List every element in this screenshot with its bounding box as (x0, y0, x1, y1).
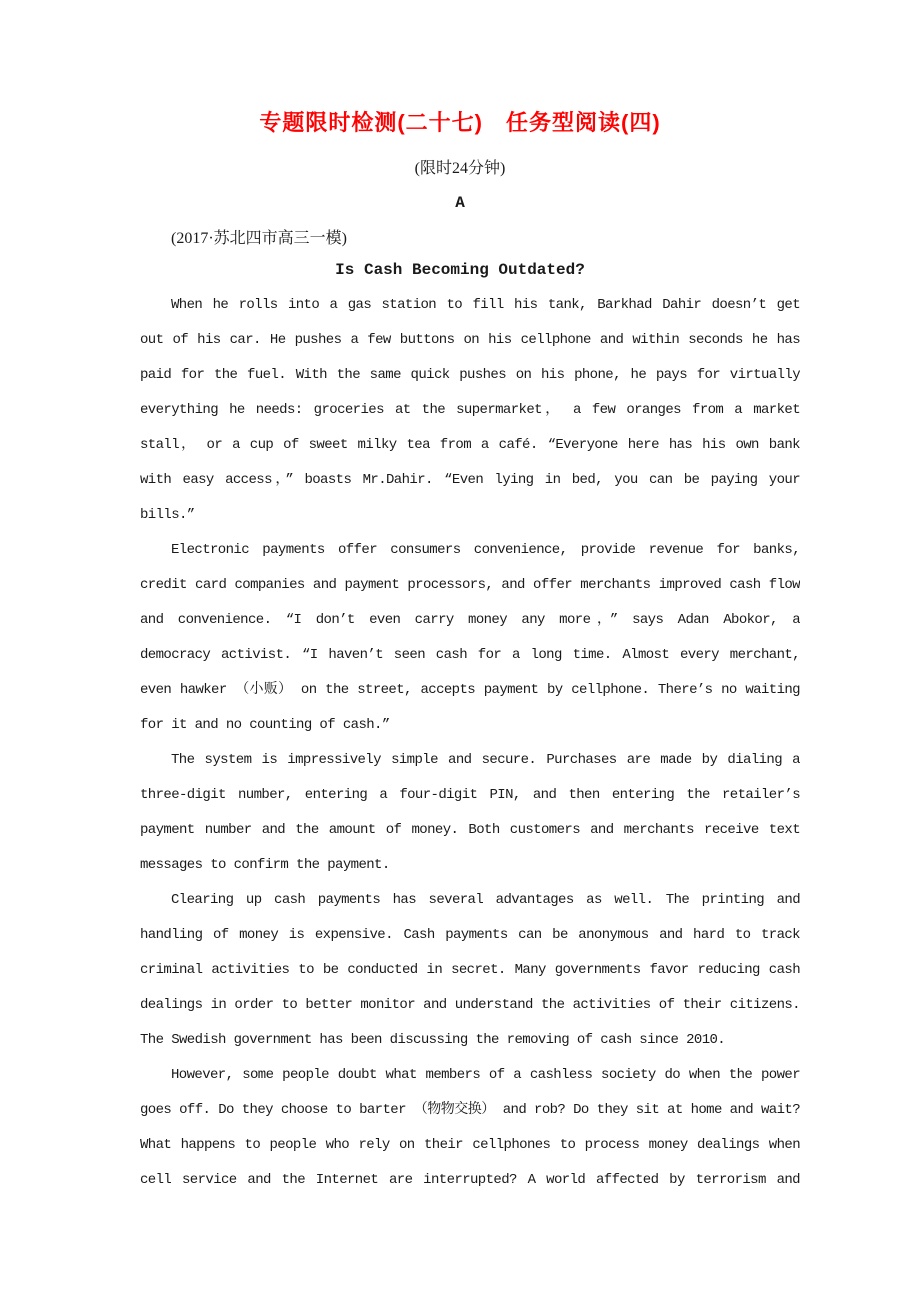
passage-paragraph-5-line: cell service and the Internet are interr… (140, 1163, 800, 1198)
passage-paragraph-4-line: dealings in order to better monitor and … (140, 988, 800, 1023)
time-limit-note: (限时24分钟) (0, 155, 920, 178)
passage-paragraph-2-line: even hawker （小贩） on the street, accepts … (140, 673, 800, 708)
passage-paragraph-4-line: Clearing up cash payments has several ad… (140, 883, 800, 918)
passage-paragraph-3-line: three-digit number, entering a four-digi… (140, 778, 800, 813)
source-line: (2017·苏北四市高三一模) (140, 225, 920, 248)
passage-paragraph-5-line: goes off. Do they choose to barter （物物交换… (140, 1093, 800, 1128)
passage-paragraph-1-line: paid for the fuel. With the same quick p… (140, 358, 800, 393)
passage-paragraph-4-line: The Swedish government has been discussi… (140, 1023, 800, 1058)
passage-paragraph-1-line: with easy access，” boasts Mr.Dahir. “Eve… (140, 463, 800, 498)
document-page: 专题限时检测(二十七) 任务型阅读(四) (限时24分钟) A (2017·苏北… (0, 0, 920, 1302)
passage-paragraph-2-line: democracy activist. “I haven’t seen cash… (140, 638, 800, 673)
passage-paragraph-3-line: The system is impressively simple and se… (140, 743, 800, 778)
passage-title: Is Cash Becoming Outdated? (0, 261, 920, 279)
passage-paragraph-1-line: everything he needs: groceries at the su… (140, 393, 800, 428)
passage-paragraph-5-line: What happens to people who rely on their… (140, 1128, 800, 1163)
section-label: A (0, 194, 920, 212)
passage-paragraph-5-line: However, some people doubt what members … (140, 1058, 800, 1093)
passage-paragraph-3-line: messages to confirm the payment. (140, 848, 800, 883)
passage-paragraph-1-line: out of his car. He pushes a few buttons … (140, 323, 800, 358)
passage-paragraph-1-line: When he rolls into a gas station to fill… (140, 288, 800, 323)
passage-paragraph-2-line: Electronic payments offer consumers conv… (140, 533, 800, 568)
passage-paragraph-2-line: credit card companies and payment proces… (140, 568, 800, 603)
passage-paragraph-1-line: bills.” (140, 498, 800, 533)
passage-paragraph-2-line: and convenience. “I don’t even carry mon… (140, 603, 800, 638)
passage-paragraph-3-line: payment number and the amount of money. … (140, 813, 800, 848)
passage-paragraph-1-line: stall， or a cup of sweet milky tea from … (140, 428, 800, 463)
exam-title: 专题限时检测(二十七) 任务型阅读(四) (0, 0, 920, 137)
passage-body: When he rolls into a gas station to fill… (140, 288, 800, 1198)
passage-paragraph-4-line: handling of money is expensive. Cash pay… (140, 918, 800, 953)
passage-paragraph-2-line: for it and no counting of cash.” (140, 708, 800, 743)
passage-paragraph-4-line: criminal activities to be conducted in s… (140, 953, 800, 988)
